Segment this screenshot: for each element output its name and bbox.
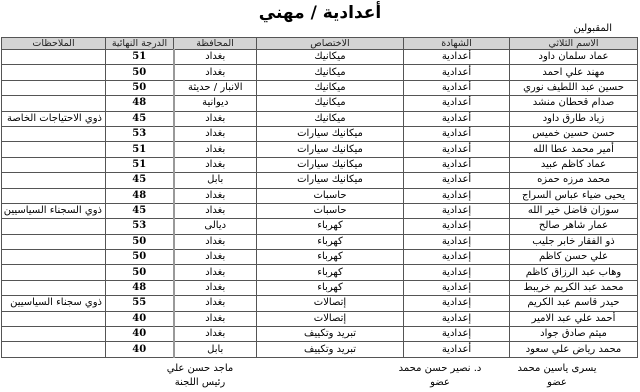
table-row: وهاب عبد الرزاق كاظمإعداديةكهرباءبغداد50 [2, 265, 638, 280]
cell-specialization: كهرباء [257, 265, 404, 280]
cell-certificate: أعدادية [404, 142, 510, 157]
cell-grade: 40 [106, 311, 174, 326]
signature-name: د. نصير حسن محمد [380, 362, 500, 376]
cell-name: ذو الفقار خابر جليب [510, 234, 638, 249]
cell-certificate: أعدادية [404, 342, 510, 357]
cell-name: زياد طارق داود [510, 111, 638, 126]
cell-certificate: أعدادية [404, 80, 510, 95]
cell-certificate: إعدادية [404, 250, 510, 265]
cell-grade: 48 [106, 188, 174, 203]
header-governorate: المحافظة [174, 38, 257, 50]
cell-governorate: بغداد [174, 111, 257, 126]
cell-notes [2, 50, 106, 65]
cell-name: علي حسن كاظم [510, 250, 638, 265]
header-name: الاسم الثلاثي [510, 38, 638, 50]
cell-grade: 51 [106, 157, 174, 172]
cell-specialization: إتصالات [257, 311, 404, 326]
cell-governorate: بغداد [174, 280, 257, 295]
cell-governorate: بغداد [174, 250, 257, 265]
cell-grade: 53 [106, 126, 174, 141]
cell-notes [2, 234, 106, 249]
cell-grade: 45 [106, 111, 174, 126]
cell-specialization: كهرباء [257, 280, 404, 295]
cell-governorate: ديالى [174, 219, 257, 234]
table-row: محمد مرزه حمزهأعداديةميكانيك سياراتبابل4… [2, 173, 638, 188]
cell-specialization: ميكانيك [257, 65, 404, 80]
cell-notes: ذوي السجناء السياسيين [2, 203, 106, 218]
table-row: زياد طارق داودأعداديةميكانيكبغداد45ذوي ا… [2, 111, 638, 126]
cell-name: محمد مرزه حمزه [510, 173, 638, 188]
cell-certificate: أعدادية [404, 65, 510, 80]
cell-specialization: حاسبات [257, 203, 404, 218]
signature-role: عضو [502, 376, 612, 390]
cell-notes [2, 280, 106, 295]
cell-name: يحيى ضياء عباس السراج [510, 188, 638, 203]
table-row: علي حسن كاظمإعداديةكهرباءبغداد50 [2, 250, 638, 265]
table-row: مهند علي احمدأعداديةميكانيكبغداد50 [2, 65, 638, 80]
cell-specialization: ميكانيك سيارات [257, 173, 404, 188]
cell-notes: ذوي الاحتياجات الخاصة [2, 111, 106, 126]
cell-specialization: ميكانيك سيارات [257, 142, 404, 157]
cell-grade: 50 [106, 65, 174, 80]
cell-specialization: كهرباء [257, 250, 404, 265]
cell-notes [2, 219, 106, 234]
cell-governorate: بغداد [174, 234, 257, 249]
header-specialization: الاختصاص [257, 38, 404, 50]
cell-grade: 53 [106, 219, 174, 234]
cell-certificate: أعدادية [404, 126, 510, 141]
cell-name: وهاب عبد الرزاق كاظم [510, 265, 638, 280]
table-row: أمير محمد عطا اللهأعداديةميكانيك سياراتب… [2, 142, 638, 157]
signature-name: ماجد حسن علي [150, 362, 250, 376]
signature-member-1: يسرى ياسين محمد عضو [502, 362, 612, 390]
cell-certificate: أعدادية [404, 111, 510, 126]
cell-grade: 51 [106, 50, 174, 65]
cell-specialization: كهرباء [257, 219, 404, 234]
cell-notes [2, 327, 106, 342]
cell-governorate: بغداد [174, 296, 257, 311]
signature-name: يسرى ياسين محمد [502, 362, 612, 376]
cell-specialization: إتصالات [257, 296, 404, 311]
cell-notes [2, 80, 106, 95]
cell-governorate: بغداد [174, 327, 257, 342]
cell-governorate: بغداد [174, 265, 257, 280]
cell-notes [2, 265, 106, 280]
cell-name: عمار شاهر صالح [510, 219, 638, 234]
cell-notes [2, 65, 106, 80]
cell-certificate: إعدادية [404, 280, 510, 295]
cell-name: عماد كاظم عبيد [510, 157, 638, 172]
cell-grade: 45 [106, 173, 174, 188]
cell-governorate: ديوانية [174, 96, 257, 111]
cell-governorate: بغداد [174, 203, 257, 218]
cell-certificate: أعدادية [404, 96, 510, 111]
cell-notes [2, 96, 106, 111]
cell-governorate: بغداد [174, 157, 257, 172]
cell-name: أمير محمد عطا الله [510, 142, 638, 157]
cell-specialization: ميكانيك سيارات [257, 157, 404, 172]
cell-certificate: أعدادية [404, 50, 510, 65]
cell-specialization: ميكانيك [257, 50, 404, 65]
table-row: ميثم صادق جوادإعداديةتبريد وتكييفبغداد40 [2, 327, 638, 342]
table-row: محمد رياض علي سعودأعداديةتبريد وتكييفباب… [2, 342, 638, 357]
cell-specialization: حاسبات [257, 188, 404, 203]
cell-grade: 51 [106, 142, 174, 157]
cell-notes [2, 142, 106, 157]
cell-certificate: إعدادية [404, 219, 510, 234]
cell-governorate: بغداد [174, 50, 257, 65]
cell-governorate: بغداد [174, 142, 257, 157]
cell-certificate: إعدادية [404, 327, 510, 342]
cell-notes [2, 311, 106, 326]
cell-governorate: الانبار / حديثة [174, 80, 257, 95]
cell-name: حيدر قاسم عبد الكريم [510, 296, 638, 311]
table-header-row: الاسم الثلاثي الشهادة الاختصاص المحافظة … [2, 38, 638, 50]
cell-notes [2, 173, 106, 188]
cell-certificate: إعدادية [404, 203, 510, 218]
cell-notes: ذوي سجناء السياسيين [2, 296, 106, 311]
cell-governorate: بغداد [174, 188, 257, 203]
cell-governorate: بابل [174, 173, 257, 188]
cell-grade: 48 [106, 96, 174, 111]
cell-certificate: إعدادية [404, 234, 510, 249]
cell-name: حسين عبد اللطيف نوري [510, 80, 638, 95]
cell-name: محمد عبد الكريم خريبط [510, 280, 638, 295]
cell-specialization: ميكانيك [257, 80, 404, 95]
cell-governorate: بابل [174, 342, 257, 357]
cell-specialization: تبريد وتكييف [257, 327, 404, 342]
cell-specialization: ميكانيك [257, 111, 404, 126]
cell-specialization: تبريد وتكييف [257, 342, 404, 357]
cell-grade: 48 [106, 280, 174, 295]
cell-governorate: بغداد [174, 65, 257, 80]
signature-role: عضو [380, 376, 500, 390]
cell-name: صدام قحطان منشد [510, 96, 638, 111]
document-subtitle: المقبولين [573, 23, 612, 34]
table-row: حيدر قاسم عبد الكريمإعداديةإتصالاتبغداد5… [2, 296, 638, 311]
signature-member-2: د. نصير حسن محمد عضو [380, 362, 500, 390]
cell-name: مهند علي احمد [510, 65, 638, 80]
cell-certificate: إعدادية [404, 188, 510, 203]
cell-certificate: أعدادية [404, 173, 510, 188]
table-row: محمد عبد الكريم خريبطإعداديةكهرباءبغداد4… [2, 280, 638, 295]
header-notes: الملاحظات [2, 38, 106, 50]
cell-specialization: ميكانيك [257, 96, 404, 111]
cell-specialization: كهرباء [257, 234, 404, 249]
cell-notes [2, 342, 106, 357]
table-row: سوزان فاضل خير اللهإعداديةحاسباتبغداد45ذ… [2, 203, 638, 218]
cell-grade: 40 [106, 327, 174, 342]
cell-grade: 55 [106, 296, 174, 311]
cell-notes [2, 250, 106, 265]
cell-grade: 45 [106, 203, 174, 218]
cell-name: محمد رياض علي سعود [510, 342, 638, 357]
cell-grade: 40 [106, 342, 174, 357]
cell-name: ميثم صادق جواد [510, 327, 638, 342]
cell-grade: 50 [106, 80, 174, 95]
table-row: يحيى ضياء عباس السراجإعداديةحاسباتبغداد4… [2, 188, 638, 203]
table-row: حسين عبد اللطيف نوريأعداديةميكانيكالانبا… [2, 80, 638, 95]
cell-grade: 50 [106, 234, 174, 249]
table-row: حسن حسين خميسأعداديةميكانيك سياراتبغداد5… [2, 126, 638, 141]
signature-role: رئيس اللجنة [150, 376, 250, 390]
cell-certificate: أعدادية [404, 157, 510, 172]
cell-grade: 50 [106, 250, 174, 265]
cell-name: سوزان فاضل خير الله [510, 203, 638, 218]
cell-certificate: إعدادية [404, 265, 510, 280]
cell-name: أحمد علي عبد الامير [510, 311, 638, 326]
cell-name: حسن حسين خميس [510, 126, 638, 141]
cell-grade: 50 [106, 265, 174, 280]
table-row: عماد سلمان داودأعداديةميكانيكبغداد51 [2, 50, 638, 65]
cell-governorate: بغداد [174, 311, 257, 326]
table-row: أحمد علي عبد الاميرإعداديةإتصالاتبغداد40 [2, 311, 638, 326]
document-title: أعدادية / مهني [0, 3, 640, 23]
cell-notes [2, 157, 106, 172]
cell-certificate: إعدادية [404, 311, 510, 326]
header-grade: الدرجة النهائية [106, 38, 174, 50]
table-row: ذو الفقار خابر جليبإعداديةكهرباءبغداد50 [2, 234, 638, 249]
cell-notes [2, 188, 106, 203]
table-row: عماد كاظم عبيدأعداديةميكانيك سياراتبغداد… [2, 157, 638, 172]
header-certificate: الشهادة [404, 38, 510, 50]
table-row: صدام قحطان منشدأعداديةميكانيكديوانية48 [2, 96, 638, 111]
cell-governorate: بغداد [174, 126, 257, 141]
cell-name: عماد سلمان داود [510, 50, 638, 65]
cell-certificate: إعدادية [404, 296, 510, 311]
table-row: عمار شاهر صالحإعداديةكهرباءديالى53 [2, 219, 638, 234]
signature-chair: ماجد حسن علي رئيس اللجنة [150, 362, 250, 390]
cell-notes [2, 126, 106, 141]
admitted-students-table: الاسم الثلاثي الشهادة الاختصاص المحافظة … [1, 37, 638, 358]
cell-specialization: ميكانيك سيارات [257, 126, 404, 141]
